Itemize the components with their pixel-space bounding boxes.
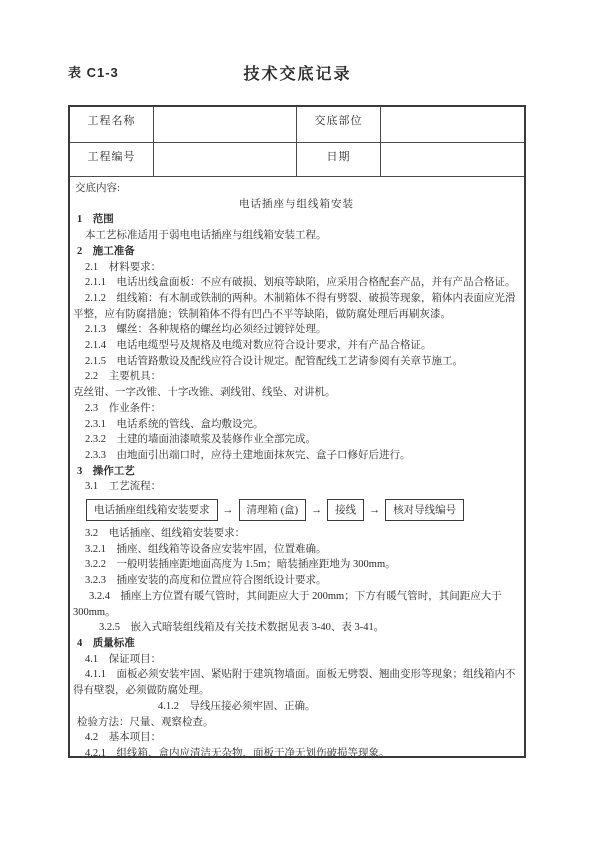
document-page: 表 C1-3 技术交底记录 工程名称 交底部位 工程编号 日期 交底内容: 电话…	[0, 0, 595, 842]
content-line: 2.1.5 电话管路敷设及配线应符合设计规定。配管配线工艺请参阅有关章节施工。	[73, 354, 520, 370]
flow-step: 接线	[327, 499, 364, 521]
content-line: 2.3 作业条件：	[73, 401, 520, 417]
disclosure-part-value	[381, 107, 524, 142]
content-line: 2.3.3 由地面引出端口时，应待土建地面抹灰完、盒子口修好后进行。	[73, 448, 520, 464]
content-line: 2 施工准备	[73, 244, 520, 260]
flow-step: 清理箱 (盒)	[239, 499, 307, 521]
content-line: 3.2.4 插座上方位置有暖气管时，其间距应大于 200mm；下方有暖气管时，其…	[73, 589, 520, 620]
content-line: 3.2.5 嵌入式暗装组线箱及有关技术数据见表 3-40、表 3-41。	[73, 620, 520, 636]
content-line: 4.1.2 导线压接必须牢固、正确。	[73, 699, 520, 715]
content-line: 2.2 主要机具：	[73, 369, 520, 385]
content-body2: 3.2 电话插座、组线箱安装要求：3.2.1 插座、组线箱等设备应安装牢固，位置…	[73, 526, 520, 756]
content-line: 3.1 工艺流程：	[73, 479, 520, 495]
content-line: 3 操作工艺	[73, 464, 520, 480]
arrow-right-icon: →	[311, 504, 322, 516]
content-line: 2.1.1 电话出线盒面板：不应有破损、划痕等缺陷，应采用合格配套产品，并有产品…	[73, 275, 520, 291]
content-line: 2.3.1 电话系统的管线、盒均敷设完。	[73, 417, 520, 433]
content-line: 3.2.1 插座、组线箱等设备应安装牢固，位置难确。	[73, 542, 520, 558]
content-line: 4.1.1 面板必须安装牢固、紧贴附于建筑物墙面。面板无劈裂、翘曲变形等现象；组…	[73, 667, 520, 698]
arrow-right-icon: →	[369, 504, 380, 516]
date-value	[381, 143, 524, 176]
table-row: 工程编号 日期	[70, 143, 524, 177]
content-line: 3.2.3 插座安装的高度和位置应符合图纸设计要求。	[73, 573, 520, 589]
content-line: 3.2.2 一般明装插座距地面高度为 1.5m；暗装插座距地为 300mm。	[73, 557, 520, 573]
content-line: 3.2 电话插座、组线箱安装要求：	[73, 526, 520, 542]
arrow-right-icon: →	[223, 504, 234, 516]
content-line: 2.1.3 螺丝：各种规格的螺丝均必须经过镀锌处理。	[73, 322, 520, 338]
record-table: 工程名称 交底部位 工程编号 日期 交底内容: 电话插座与组线箱安装 1 范围本…	[68, 105, 526, 758]
project-name-value	[154, 107, 297, 142]
disclosure-part-label: 交底部位	[297, 107, 381, 142]
content-line: 4.2 基本项目：	[73, 730, 520, 746]
document-header: 表 C1-3 技术交底记录	[68, 61, 527, 81]
content-line: 克丝钳、一字改锥、十字改锥、剥线钳、线坠、对讲机。	[73, 385, 520, 401]
content-line: 检验方法：尺量、观察检查。	[73, 715, 520, 731]
project-number-label: 工程编号	[70, 143, 154, 176]
content-body1: 1 范围本工艺标准适用于弱电电话插座与组线箱安装工程。2 施工准备2.1 材料要…	[73, 212, 520, 495]
content-section-label: 交底内容:	[73, 181, 520, 197]
flow-step: 电话插座组线箱安装要求	[86, 499, 218, 521]
process-flowchart: 电话插座组线箱安装要求 → 清理箱 (盒) → 接线 → 核对导线编号	[86, 499, 520, 521]
project-name-label: 工程名称	[70, 107, 154, 142]
flow-step: 核对导线编号	[385, 499, 464, 521]
page-title: 技术交底记录	[68, 61, 527, 84]
content-line: 1 范围	[73, 212, 520, 228]
disclosure-content-cell: 交底内容: 电话插座与组线箱安装 1 范围本工艺标准适用于弱电电话插座与组线箱安…	[70, 177, 524, 756]
content-line: 4.1 保证项目：	[73, 652, 520, 668]
table-row: 工程名称 交底部位	[70, 107, 524, 143]
content-line: 2.1.2 组线箱：有木制或铁制的两种。木制箱体不得有劈裂、破损等现象，箱体内表…	[73, 291, 520, 322]
content-line: 本工艺标准适用于弱电电话插座与组线箱安装工程。	[73, 228, 520, 244]
content-line: 4.2.1 组线箱、盒内应清洁无杂物，面板干净无划伤破损等现象。	[73, 746, 520, 756]
project-number-value	[154, 143, 297, 176]
content-line: 4 质量标准	[73, 636, 520, 652]
content-line: 2.1 材料要求：	[73, 260, 520, 276]
content-line: 2.1.4 电话电缆型号及规格及电缆对数应符合设计要求，并有产品合格证。	[73, 338, 520, 354]
content-line: 2.3.2 土建的墙面油漆喷浆及装修作业全部完成。	[73, 432, 520, 448]
date-label: 日期	[297, 143, 381, 176]
content-doc-title: 电话插座与组线箱安装	[73, 197, 520, 213]
